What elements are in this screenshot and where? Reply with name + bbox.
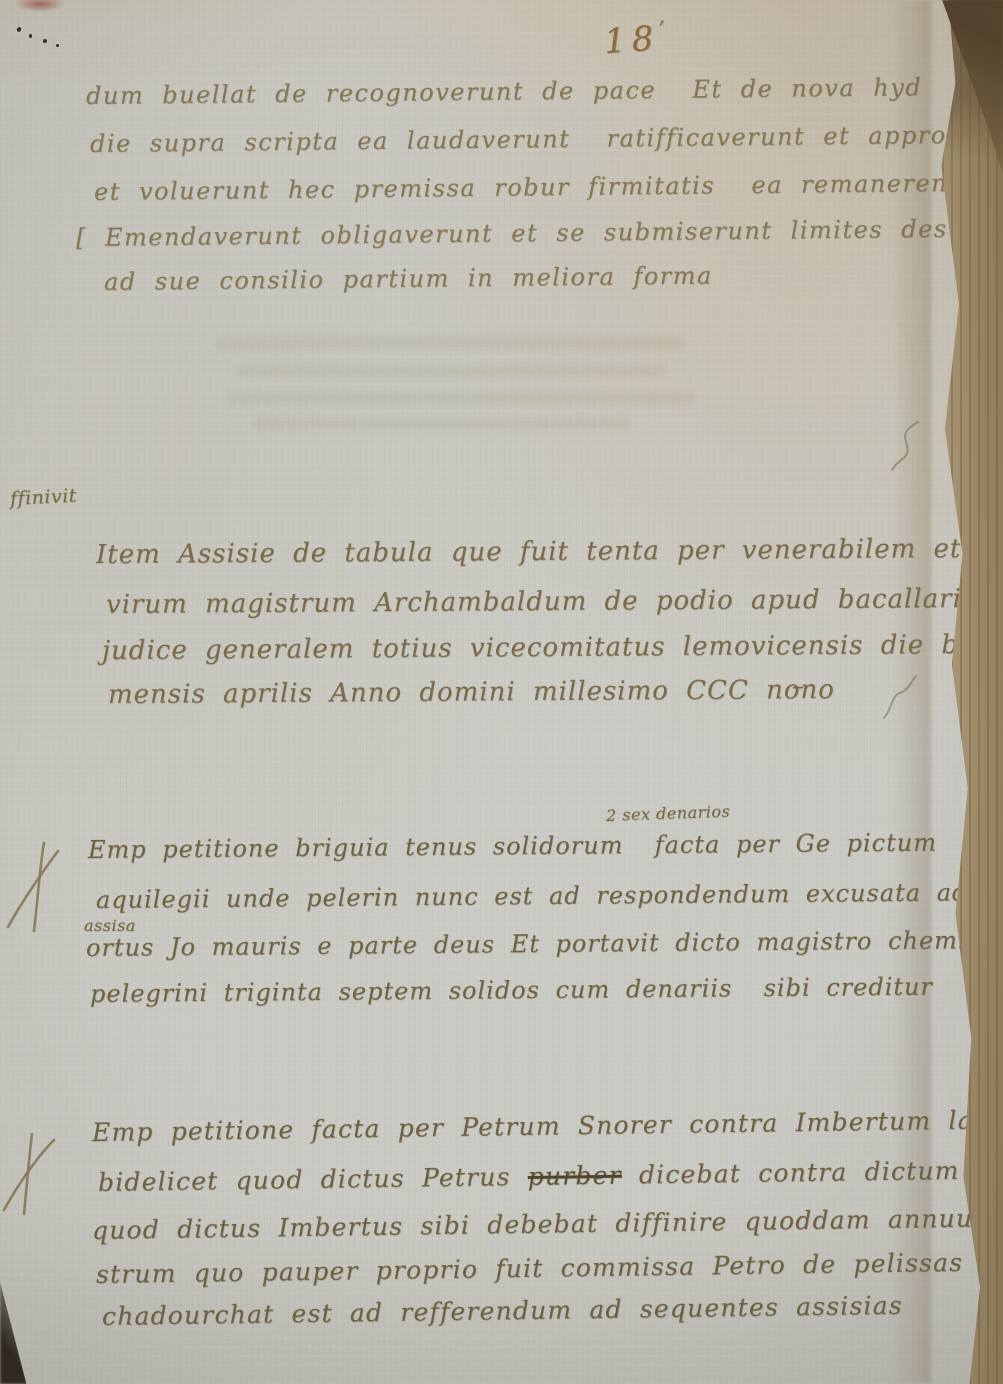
ink-speck [29, 34, 32, 38]
manuscript-line: ad sue consilio partium in meliora forma [104, 262, 713, 296]
manuscript-line: bidelicet quod dictus Petrus purber dice… [98, 1154, 1003, 1197]
manuscript-line: et voluerunt hec premissa robur firmitat… [94, 169, 959, 206]
manuscript-line: ortus Jo mauris e parte deus Et portavit… [86, 926, 992, 962]
interlinear-note: 2 sex denarios [606, 802, 731, 825]
line-text: quod dictus Imbertus sibi debebat diffin… [92, 1203, 1003, 1245]
line-text: bidelicet quod dictus Petrus [98, 1162, 528, 1197]
ink-speck [56, 44, 59, 47]
bleedthrough-smudge [252, 418, 632, 430]
manuscript-line: Emp petitione facta per Petrum Snorer co… [92, 1105, 1003, 1147]
manuscript-line: judice generalem totius vicecomitatus le… [102, 630, 1003, 666]
manuscript-line: strum quo pauper proprio fuit commissa P… [96, 1246, 1003, 1289]
manuscript-line: pelegrini triginta septem solidos cum de… [90, 973, 933, 1008]
edge-ink-trace-icon [880, 668, 920, 728]
manuscript-line: dum buellat de recognoverunt de pace Et … [86, 73, 922, 110]
manuscript-line: virum magistrum Archambaldum de podio ap… [106, 583, 1003, 620]
corner-shadow [0, 1268, 44, 1384]
bleedthrough-smudge [215, 336, 685, 350]
manuscript-line: Emp petitione briguia tenus solidorum fa… [88, 829, 937, 864]
margin-note: ffinivit [9, 485, 77, 510]
inserted-word: assisa [84, 916, 136, 935]
ink-speck [43, 39, 47, 43]
manuscript-line: [ Emendaverunt obligaverunt et se submis… [76, 214, 1003, 252]
ink-speck [16, 26, 22, 32]
line-text: dicebat contra dictum Imbertum [622, 1154, 1003, 1190]
red-stain [14, 0, 66, 12]
folio-number: 18’ [603, 16, 667, 62]
bleedthrough-smudge [235, 364, 665, 377]
folio-flourish: ’ [658, 16, 666, 40]
trailing-dash: – [792, 672, 804, 700]
manuscript-line: aquilegii unde pelerin nunc est ad respo… [96, 877, 1003, 914]
margin-paragraph-mark-icon [0, 1132, 65, 1222]
manuscript-line: chadourchat est ad refferendum ad sequen… [102, 1291, 903, 1331]
margin-paragraph-mark-icon [0, 835, 75, 935]
bleedthrough-smudge [225, 392, 695, 405]
edge-ink-trace-icon [888, 408, 922, 498]
manuscript-line: Item Assisie de tabula que fuit tenta pe… [96, 533, 1003, 570]
manuscript-line: quod dictus Imbertus sibi debebat diffin… [92, 1203, 1003, 1245]
manuscript-line: die supra scripta ea laudaverunt ratiffi… [90, 120, 1003, 158]
manuscript-line: mensis aprilis Anno domini millesimo CCC… [108, 675, 835, 710]
struck-word: purber [528, 1161, 622, 1191]
folio-number-text: 18 [603, 18, 661, 62]
manuscript-page-photo: 18’ dum buellat de recognoverunt de pace… [0, 0, 1003, 1384]
